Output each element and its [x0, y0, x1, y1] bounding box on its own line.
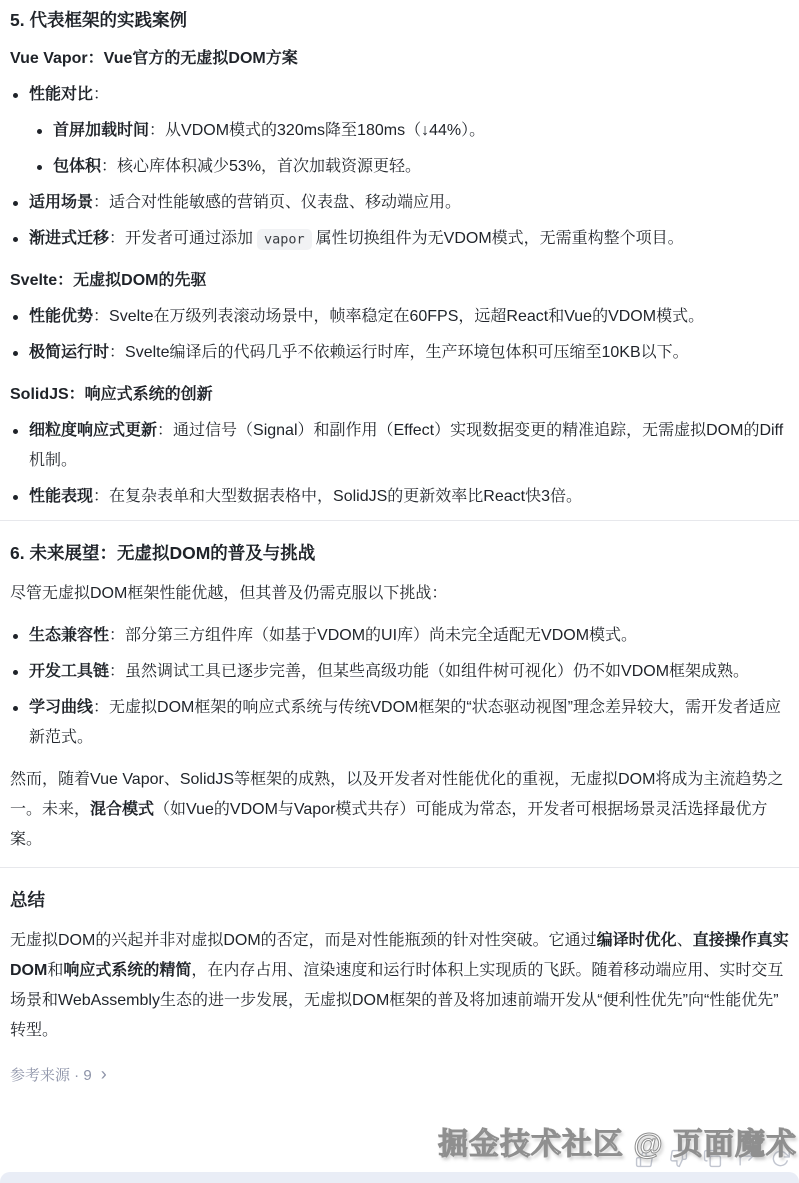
list-item-perf-compare: 性能对比： 首屏加载时间：从VDOM模式的320ms降至180ms（↓44%）。…	[10, 80, 789, 182]
item-text: ：部分第三方组件库（如基于VDOM的UI库）尚未完全适配无VDOM模式。	[109, 627, 637, 644]
item-label: 开发工具链	[29, 663, 109, 680]
svelte-list: 性能优势：Svelte在万级列表滚动场景中，帧率稳定在60FPS，远超React…	[10, 302, 789, 368]
vue-vapor-heading: Vue Vapor：Vue官方的无虚拟DOM方案	[10, 48, 789, 70]
thumbs-up-icon	[635, 1149, 654, 1168]
paragraph-text: 、	[677, 932, 693, 949]
item-text: ：开发者可通过添加	[109, 230, 253, 247]
item-label: 渐进式迁移	[29, 230, 109, 247]
list-item-minimal-runtime: 极简运行时：Svelte编译后的代码几乎不依赖运行时库，生产环境包体积可压缩至1…	[10, 338, 789, 368]
item-label: 性能对比	[29, 86, 93, 103]
list-item-fine-grained: 细粒度响应式更新：通过信号（Signal）和副作用（Effect）实现数据变更的…	[10, 416, 789, 476]
challenges-list: 生态兼容性：部分第三方组件库（如基于VDOM的UI库）尚未完全适配无VDOM模式…	[10, 621, 789, 753]
like-button[interactable]	[633, 1147, 655, 1169]
list-item-devtools: 开发工具链：虽然调试工具已逐步完善，但某些高级功能（如组件树可视化）仍不如VDO…	[10, 657, 789, 687]
list-item-first-load: 首屏加载时间：从VDOM模式的320ms降至180ms（↓44%）。	[34, 116, 789, 146]
vue-vapor-list: 性能对比： 首屏加载时间：从VDOM模式的320ms降至180ms（↓44%）。…	[10, 80, 789, 254]
list-item-use-cases: 适用场景：适合对性能敏感的营销页、仪表盘、移动端应用。	[10, 188, 789, 218]
svelte-heading: Svelte：无虚拟DOM的先驱	[10, 270, 789, 292]
item-text: ：核心库体积减少53%，首次加载资源更轻。	[101, 158, 421, 175]
bottom-strip	[0, 1172, 799, 1183]
paragraph-bold: 混合模式	[90, 801, 154, 818]
section-6-intro: 尽管无虚拟DOM框架性能优越，但其普及仍需克服以下挑战：	[10, 579, 789, 609]
chevron-right-icon: ›	[101, 1065, 107, 1083]
item-label: 学习曲线	[29, 699, 93, 716]
item-text: ：Svelte编译后的代码几乎不依赖运行时库，生产环境包体积可压缩至10KB以下…	[109, 344, 689, 361]
item-label: 性能表现	[29, 488, 93, 505]
list-item-learning-curve: 学习曲线：无虚拟DOM框架的响应式系统与传统VDOM框架的“状态驱动视图”理念差…	[10, 693, 789, 753]
list-item-perf-result: 性能表现：在复杂表单和大型数据表格中，SolidJS的更新效率比React快3倍…	[10, 482, 789, 512]
outlook-paragraph: 然而，随着Vue Vapor、SolidJS等框架的成熟，以及开发者对性能优化的…	[10, 765, 789, 855]
item-label: 细粒度响应式更新	[29, 422, 157, 439]
item-label: 生态兼容性	[29, 627, 109, 644]
item-text: ：虽然调试工具已逐步完善，但某些高级功能（如组件树可视化）仍不如VDOM框架成熟…	[109, 663, 749, 680]
response-actions	[633, 1147, 791, 1169]
section-6-heading: 6. 未来展望：无虚拟DOM的普及与挑战	[10, 541, 789, 565]
inline-code-vapor: vapor	[257, 229, 312, 250]
regenerate-button[interactable]	[769, 1147, 791, 1169]
perf-sublist: 首屏加载时间：从VDOM模式的320ms降至180ms（↓44%）。 包体积：核…	[29, 116, 789, 182]
solidjs-list: 细粒度响应式更新：通过信号（Signal）和副作用（Effect）实现数据变更的…	[10, 416, 789, 512]
list-item-perf-advantage: 性能优势：Svelte在万级列表滚动场景中，帧率稳定在60FPS，远超React…	[10, 302, 789, 332]
paragraph-text: 和	[47, 962, 63, 979]
copy-icon	[703, 1149, 722, 1168]
summary-heading: 总结	[10, 888, 789, 912]
thumbs-down-icon	[669, 1149, 688, 1168]
share-button[interactable]	[735, 1147, 757, 1169]
item-text: ：在复杂表单和大型数据表格中，SolidJS的更新效率比React快3倍。	[93, 488, 582, 505]
sources-link[interactable]: 参考来源 · 9›	[10, 1064, 107, 1085]
refresh-icon	[771, 1149, 790, 1168]
item-label: 性能优势	[29, 308, 93, 325]
dislike-button[interactable]	[667, 1147, 689, 1169]
list-item-ecosystem: 生态兼容性：部分第三方组件库（如基于VDOM的UI库）尚未完全适配无VDOM模式…	[10, 621, 789, 651]
item-text: ：无虚拟DOM框架的响应式系统与传统VDOM框架的“状态驱动视图”理念差异较大，…	[29, 699, 781, 746]
item-label: 包体积	[53, 158, 101, 175]
section-5-heading: 5. 代表框架的实践案例	[10, 8, 789, 32]
section-divider	[0, 867, 799, 868]
item-text: ：从VDOM模式的320ms降至180ms（↓44%）。	[149, 122, 485, 139]
summary-paragraph: 无虚拟DOM的兴起并非对虚拟DOM的否定，而是对性能瓶颈的针对性突破。它通过编译…	[10, 926, 789, 1046]
item-text: 属性切换组件为无VDOM模式，无需重构整个项目。	[316, 230, 684, 247]
copy-button[interactable]	[701, 1147, 723, 1169]
item-text: ：适合对性能敏感的营销页、仪表盘、移动端应用。	[93, 194, 461, 211]
sources-label: 参考来源 · 9	[10, 1064, 92, 1085]
paragraph-bold: 编译时优化	[597, 932, 677, 949]
item-label: 适用场景	[29, 194, 93, 211]
item-label: 极简运行时	[29, 344, 109, 361]
article-body: 5. 代表框架的实践案例 Vue Vapor：Vue官方的无虚拟DOM方案 性能…	[0, 0, 799, 1085]
solidjs-heading: SolidJS：响应式系统的创新	[10, 384, 789, 406]
item-text: ：Svelte在万级列表滚动场景中，帧率稳定在60FPS，远超React和Vue…	[93, 308, 704, 325]
list-item-progressive-migration: 渐进式迁移：开发者可通过添加vapor属性切换组件为无VDOM模式，无需重构整个…	[10, 224, 789, 254]
paragraph-text: 无虚拟DOM的兴起并非对虚拟DOM的否定，而是对性能瓶颈的针对性突破。它通过	[10, 932, 597, 949]
paragraph-bold: 响应式系统的精简	[63, 962, 191, 979]
share-icon	[737, 1149, 756, 1168]
list-item-bundle-size: 包体积：核心库体积减少53%，首次加载资源更轻。	[34, 152, 789, 182]
item-text: ：	[93, 86, 109, 103]
item-label: 首屏加载时间	[53, 122, 149, 139]
section-divider	[0, 520, 799, 521]
